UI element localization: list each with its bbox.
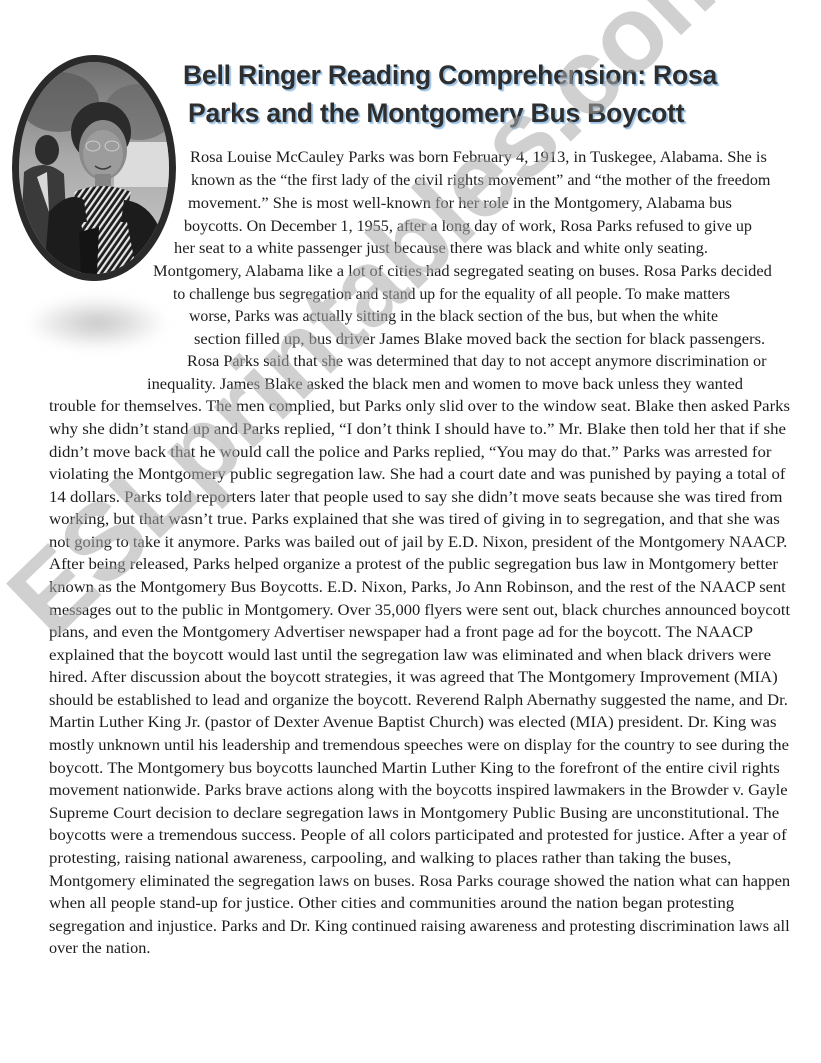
passage-line: Supreme Court decision to declare segreg… — [49, 805, 779, 823]
passage-line: Rosa Parks said that she was determined … — [187, 353, 766, 371]
passage-line: known as the Montgomery Bus Boycotts. E.… — [49, 579, 786, 597]
passage-line: inequality. James Blake asked the black … — [147, 376, 743, 394]
passage-line: movement.” She is most well-known for he… — [188, 195, 732, 213]
passage-line: Montgomery eliminated the segregation la… — [49, 873, 790, 891]
passage-line: when all people stand-up for justice. Ot… — [49, 895, 734, 913]
rosa-parks-portrait-image — [12, 55, 176, 281]
worksheet-title: Bell Ringer Reading Comprehension: Rosa … — [183, 56, 783, 132]
passage-line: trouble for themselves. The men complied… — [49, 398, 790, 416]
passage-line: didn’t move back that he would call the … — [49, 444, 771, 462]
passage-line: known as the “the first lady of the civi… — [191, 172, 771, 190]
passage-line: Rosa Louise McCauley Parks was born Febr… — [190, 149, 767, 167]
passage-line: boycotts were a tremendous success. Peop… — [49, 827, 787, 845]
passage-line: violating the Montgomery public segregat… — [49, 466, 785, 484]
passage-line: should be established to lead and organi… — [49, 692, 788, 710]
passage-line: hired. After discussion about the boycot… — [49, 669, 778, 687]
passage-line: boycott. The Montgomery bus boycotts lau… — [49, 760, 780, 778]
passage-line: boycotts. On December 1, 1955, after a l… — [184, 218, 752, 236]
passage-line: messages out to the public in Montgomery… — [49, 602, 790, 620]
passage-line: After being released, Parks helped organ… — [49, 556, 778, 574]
passage-line: Martin Luther King Jr. (pastor of Dexter… — [49, 714, 776, 732]
worksheet-page: Bell Ringer Reading Comprehension: Rosa … — [0, 0, 821, 1063]
passage-line: Montgomery, Alabama like a lot of cities… — [153, 263, 772, 281]
passage-line: over the nation. — [49, 940, 150, 958]
passage-line: worse, Parks was actually sitting in the… — [189, 308, 718, 326]
passage-line: why she didn’t stand up and Parks replie… — [49, 421, 786, 439]
passage-line: mostly unknown until his leadership and … — [49, 737, 789, 755]
passage-line: protesting, raising national awareness, … — [49, 850, 731, 868]
passage-line: to challenge bus segregation and stand u… — [173, 286, 730, 304]
passage-line: section filled up, bus driver James Blak… — [194, 331, 765, 349]
passage-line: 14 dollars. Parks told reporters later t… — [49, 489, 783, 507]
title-line-2: Parks and the Montgomery Bus Boycott — [183, 94, 783, 132]
passage-line: not going to take it anymore. Parks was … — [49, 534, 787, 552]
passage-line: movement nationwide. Parks brave actions… — [49, 782, 788, 800]
passage-line: working, but that wasn’t true. Parks exp… — [49, 511, 780, 529]
passage-line: her seat to a white passenger just becau… — [174, 240, 708, 258]
portrait-photo-icon — [19, 62, 169, 274]
title-line-1: Bell Ringer Reading Comprehension: Rosa — [183, 56, 783, 94]
passage-line: segregation and injustice. Parks and Dr.… — [49, 918, 790, 936]
passage-line: explained that the boycott would last un… — [49, 647, 771, 665]
portrait-shadow — [30, 298, 165, 348]
passage-line: plans, and even the Montgomery Advertise… — [49, 624, 753, 642]
